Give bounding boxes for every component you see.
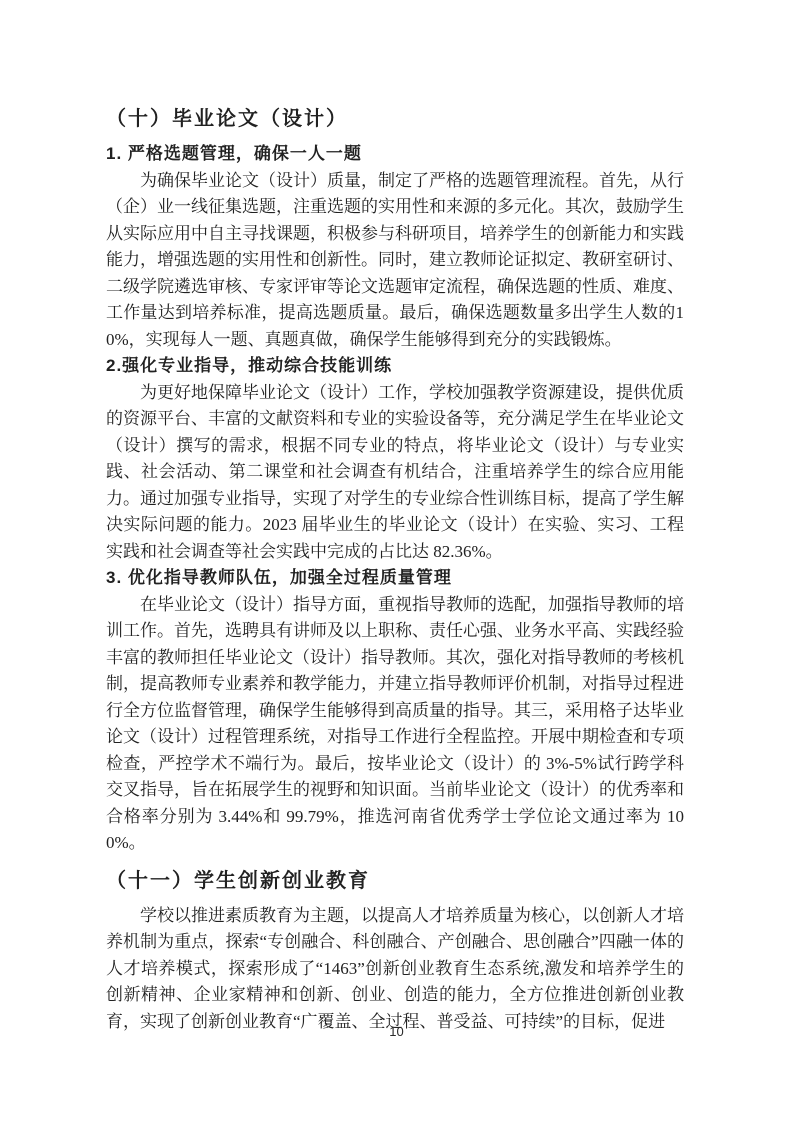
subheading-advisor-team: 3. 优化指导教师队伍，加强全过程质量管理: [106, 565, 684, 592]
section-heading-innovation-education: （十一）学生创新创业教育: [106, 866, 684, 896]
page-content: （十）毕业论文（设计） 1. 严格选题管理，确保一人一题 为确保毕业论文（设计）…: [106, 0, 684, 1035]
paragraph-professional-guidance: 为更好地保障毕业论文（设计）工作，学校加强教学资源建设，提供优质的资源平台、丰富…: [106, 380, 684, 566]
subheading-topic-selection: 1. 严格选题管理，确保一人一题: [106, 141, 684, 168]
document-page: （十）毕业论文（设计） 1. 严格选题管理，确保一人一题 为确保毕业论文（设计）…: [0, 0, 793, 1122]
paragraph-topic-selection: 为确保毕业论文（设计）质量，制定了严格的选题管理流程。首先，从行（企）业一线征集…: [106, 168, 684, 354]
page-number: 10: [0, 1024, 793, 1039]
paragraph-innovation-education: 学校以推进素质教育为主题，以提高人才培养质量为核心，以创新人才培养机制为重点，探…: [106, 903, 684, 1036]
paragraph-advisor-team: 在毕业论文（设计）指导方面，重视指导教师的选配，加强指导教师的培训工作。首先，选…: [106, 592, 684, 857]
subheading-professional-guidance: 2.强化专业指导，推动综合技能训练: [106, 353, 684, 380]
section-heading-thesis: （十）毕业论文（设计）: [106, 104, 684, 134]
